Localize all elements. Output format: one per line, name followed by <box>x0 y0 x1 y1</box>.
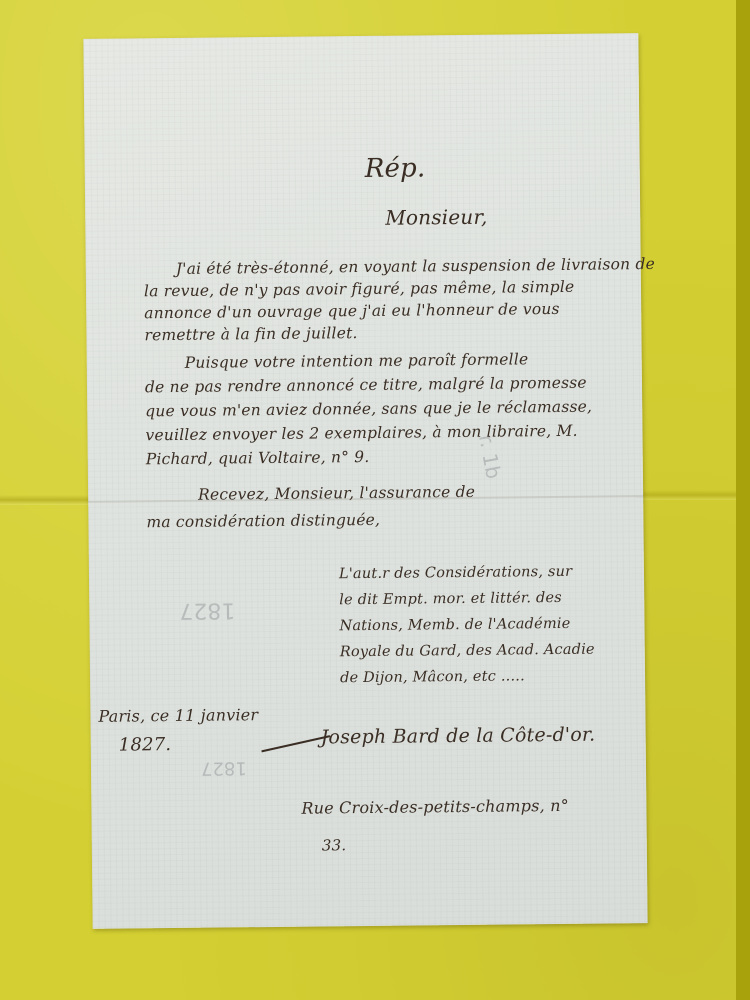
paragraph1-line: annonce d'un ouvrage que j'ai eu l'honne… <box>144 300 560 322</box>
sender-address: Rue Croix-des-petits-champs, n° <box>301 796 569 818</box>
signature: Joseph Bard de la Côte-d'or. <box>321 724 596 749</box>
paragraph1-line: la revue, de n'y pas avoir figuré, pas m… <box>144 278 575 301</box>
paragraph2-line: de ne pas rendre annoncé ce titre, malgr… <box>145 374 587 397</box>
closing-line: ma considération distinguée, <box>146 511 380 531</box>
paragraph2-line: Pichard, quai Voltaire, n° 9. <box>146 448 370 468</box>
background-fold-left <box>0 495 100 505</box>
closing-line: Recevez, Monsieur, l'assurance de <box>198 483 475 504</box>
paragraph1-line: remettre à la fin de juillet. <box>144 324 357 344</box>
pencil-annotation: 1827 <box>201 757 247 778</box>
background-edge-shadow <box>736 0 750 1000</box>
letter-year: 1827. <box>119 734 172 756</box>
paragraph2-line: veuillez envoyer les 2 exemplaires, à mo… <box>145 422 577 445</box>
author-title-line: L'aut.r des Considérations, sur <box>339 564 572 582</box>
paragraph2-line: Puisque votre intention me paroît formel… <box>185 350 529 372</box>
background-fold-right <box>640 490 750 500</box>
author-title-line: le dit Empt. mor. et littér. des <box>339 590 562 608</box>
manuscript-letter: 1827 1827 r. 1b Rép. Monsieur, J'ai été … <box>83 33 647 929</box>
paragraph1-line: J'ai été très-étonné, en voyant la suspe… <box>176 255 655 278</box>
letter-heading: Rép. <box>365 153 426 184</box>
author-title-line: Royale du Gard, des Acad. Acadie <box>340 642 595 661</box>
place-date: Paris, ce 11 janvier <box>98 705 258 726</box>
letter-salutation: Monsieur, <box>385 205 488 230</box>
pencil-annotation: 1827 <box>179 597 235 623</box>
paragraph2-line: que vous m'en aviez donnée, sans que je … <box>145 398 592 421</box>
sender-address-number: 33. <box>322 836 347 854</box>
author-title-line: de Dijon, Mâcon, etc ..... <box>340 668 525 686</box>
author-title-line: Nations, Memb. de l'Académie <box>339 616 570 634</box>
